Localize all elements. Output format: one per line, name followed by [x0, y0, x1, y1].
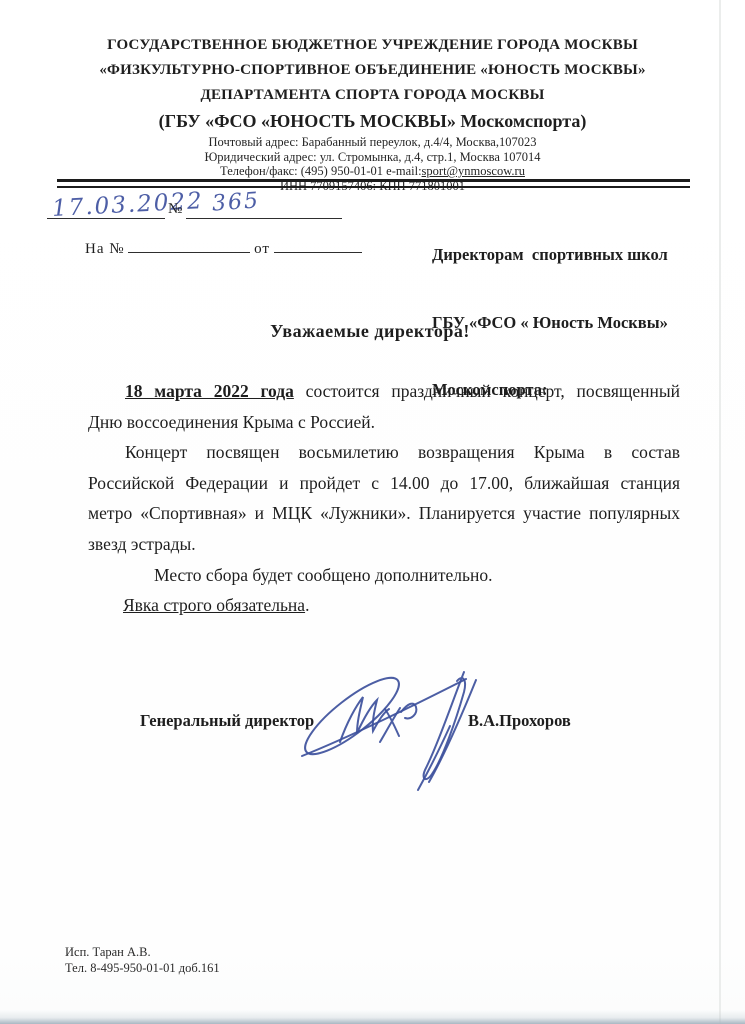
- body-p2-line1: Концерт посвящен восьмилетию возвращения…: [88, 437, 680, 468]
- org-name-line1: ГОСУДАРСТВЕННОЕ БЮДЖЕТНОЕ УЧРЕЖДЕНИЕ ГОР…: [50, 33, 695, 58]
- handwritten-number: 365: [211, 188, 261, 216]
- recipient-line1: Директорам спортивных школ: [432, 244, 692, 267]
- number-sign: №: [168, 201, 182, 218]
- scan-right-edge-artifact: [719, 0, 721, 1024]
- org-name-line3: ДЕПАРТАМЕНТА СПОРТА ГОРОДА МОСКВЫ: [50, 83, 695, 108]
- executor-block: Исп. Таран А.В. Тел. 8-495-950-01-01 доб…: [65, 944, 220, 976]
- body-p2-line4: звезд эстрады.: [88, 529, 680, 560]
- email-text: sport@ynmoscow.ru: [422, 164, 525, 178]
- signatory-name: В.А.Прохоров: [468, 711, 571, 731]
- postal-address: Почтовый адрес: Барабанный переулок, д.4…: [50, 135, 695, 150]
- executor-name: Исп. Таран А.В.: [65, 944, 220, 960]
- letter-body: 18 марта 2022 года состоится праздничный…: [88, 376, 680, 621]
- scanned-letter-page: ГОСУДАРСТВЕННОЕ БЮДЖЕТНОЕ УЧРЕЖДЕНИЕ ГОР…: [0, 0, 745, 1024]
- reply-number-underline: [128, 238, 250, 253]
- executor-phone: Тел. 8-495-950-01-01 доб.161: [65, 960, 220, 976]
- reply-ot-label: от: [254, 241, 270, 257]
- body-p1-line1-rest: состоится праздничный концерт, посвященн…: [294, 381, 680, 401]
- org-name-line2: «ФИЗКУЛЬТУРНО-СПОРТИВНОЕ ОБЪЕДИНЕНИЕ «ЮН…: [50, 58, 695, 83]
- body-p4: Явка строго обязательна.: [88, 590, 680, 621]
- body-p4-period: .: [305, 595, 309, 615]
- reply-na-label: На №: [85, 241, 125, 257]
- event-date-emphasis: 18 марта 2022 года: [125, 381, 294, 401]
- phone-fax: Телефон/факс: (495) 950-01-01 e-mail:: [220, 164, 422, 178]
- scan-bottom-edge-artifact: [0, 1010, 745, 1024]
- mandatory-attendance-emphasis: Явка строго обязательна: [123, 595, 305, 615]
- number-underline: [186, 202, 342, 219]
- signature-scribble: [280, 652, 490, 792]
- reply-reference-row: На № от: [85, 238, 362, 258]
- body-p3: Место сбора будет сообщено дополнительно…: [88, 560, 680, 591]
- body-p2-line3: метро «Спортивная» и МЦК «Лужники». План…: [88, 498, 680, 529]
- reply-date-underline: [274, 238, 362, 253]
- body-p1-line1: 18 марта 2022 года состоится праздничный…: [88, 376, 680, 407]
- letterhead: ГОСУДАРСТВЕННОЕ БЮДЖЕТНОЕ УЧРЕЖДЕНИЕ ГОР…: [50, 33, 695, 193]
- body-p1-line2: Дню воссоединения Крыма с Россией.: [88, 407, 680, 438]
- body-p2-line2: Российской Федерации и пройдет с 14.00 д…: [88, 468, 680, 499]
- salutation: Уважаемые директора!: [60, 321, 680, 342]
- legal-address: Юридический адрес: ул. Стромынка, д.4, с…: [50, 150, 695, 165]
- letterhead-divider-rule: [57, 179, 690, 188]
- phone-email-line: Телефон/факс: (495) 950-01-01 e-mail:spo…: [50, 164, 695, 179]
- org-short-name: (ГБУ «ФСО «ЮНОСТЬ МОСКВЫ» Москомспорта): [50, 108, 695, 135]
